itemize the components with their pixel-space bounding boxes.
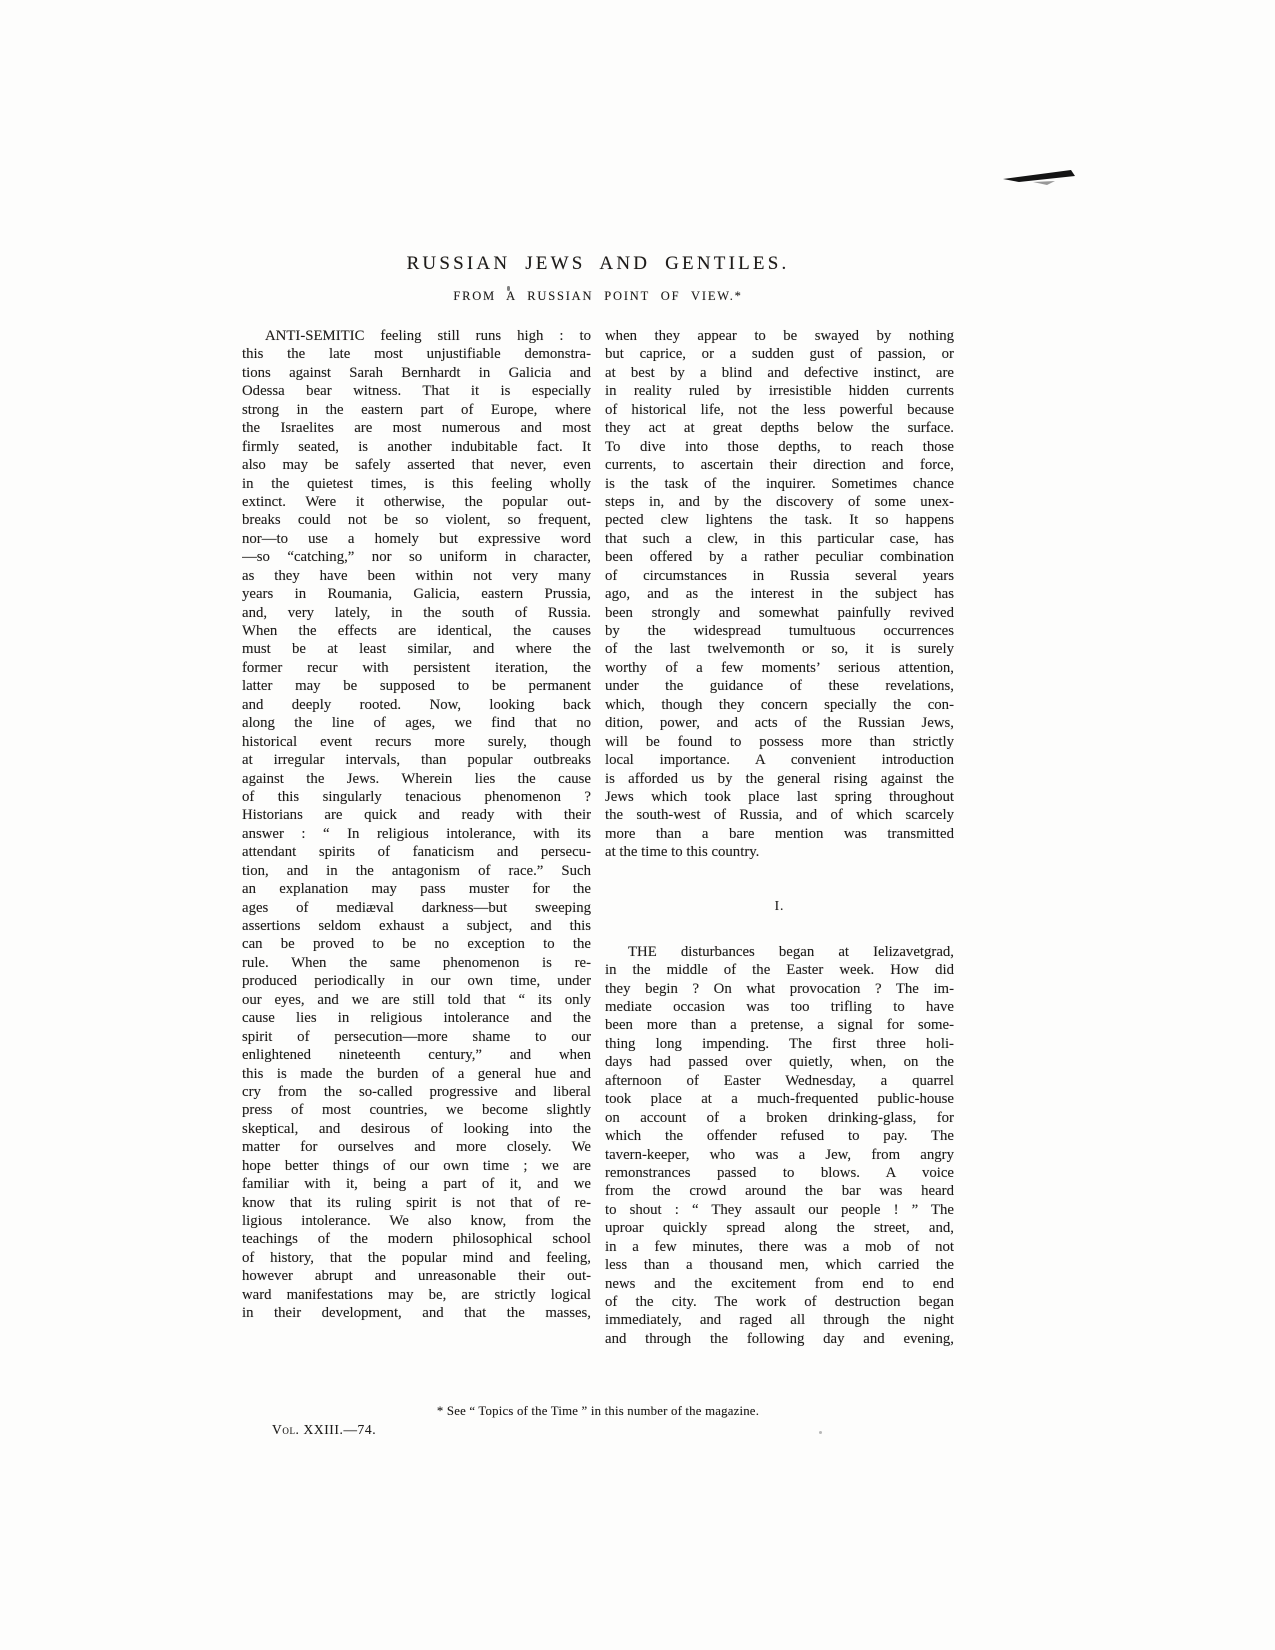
- text-line: of the last twelvemonth or so, it is sur…: [605, 640, 954, 658]
- text-line: of the city. The work of destruction beg…: [605, 1293, 954, 1311]
- text-line: hope better things of our own time ; we …: [242, 1157, 591, 1175]
- text-line: To dive into those depths, to reach thos…: [605, 438, 954, 456]
- text-line: less than a thousand men, which carried …: [605, 1256, 954, 1274]
- text-line: is the task of the inquirer. Sometimes c…: [605, 475, 954, 493]
- text-line: currents, to ascertain their direction a…: [605, 456, 954, 474]
- text-line: this is made the burden of a general hue…: [242, 1065, 591, 1083]
- scan-artifact-mark: [1003, 169, 1075, 189]
- text-line: will be found to possess more than stric…: [605, 733, 954, 751]
- text-line: at the time to this country.: [605, 843, 954, 861]
- text-line: of historical life, not the less powerfu…: [605, 401, 954, 419]
- text-line: at best by a blind and defective instinc…: [605, 364, 954, 382]
- section-heading: I.: [605, 898, 954, 914]
- text-line: they begin ? On what provocation ? The i…: [605, 980, 954, 998]
- text-line: When the effects are identical, the caus…: [242, 622, 591, 640]
- text-line: steps in, and by the discovery of some u…: [605, 493, 954, 511]
- article-subtitle: FROM A RUSSIAN POINT OF VIEW.*: [242, 289, 954, 304]
- text-line: former recur with persistent iteration, …: [242, 659, 591, 677]
- two-column-text-block: ANTI-SEMITIC feeling still runs high : t…: [242, 327, 954, 1348]
- text-line: uproar quickly spread along the street, …: [605, 1219, 954, 1237]
- text-line: THE disturbances began at Ielizavetgrad,: [605, 943, 954, 961]
- text-line: local importance. A convenient introduct…: [605, 751, 954, 769]
- text-line: ages of mediæval darkness—but sweeping: [242, 899, 591, 917]
- text-line: to shout : “ They assault our people ! ”…: [605, 1201, 954, 1219]
- text-line: can be proved to be no exception to the: [242, 935, 591, 953]
- text-line: been offered by a rather peculiar combin…: [605, 548, 954, 566]
- text-line: Odessa bear witness. That it is especial…: [242, 382, 591, 400]
- text-line: thing long impending. The first three ho…: [605, 1035, 954, 1053]
- text-line: news and the excitement from end to end: [605, 1275, 954, 1293]
- text-line: ward manifestations may be, are strictly…: [242, 1286, 591, 1304]
- text-line: of this singularly tenacious phenomenon …: [242, 788, 591, 806]
- text-line: skeptical, and desirous of looking into …: [242, 1120, 591, 1138]
- text-line: years in Roumania, Galicia, eastern Prus…: [242, 585, 591, 603]
- text-line: worthy of a few moments’ serious attenti…: [605, 659, 954, 677]
- text-line: took place at a much-frequented public-h…: [605, 1090, 954, 1108]
- text-line: also may be safely asserted that never, …: [242, 456, 591, 474]
- text-line: by the widespread tumultuous occurrences: [605, 622, 954, 640]
- text-line: and deeply rooted. Now, looking back: [242, 696, 591, 714]
- text-line: remonstrances passed to blows. A voice: [605, 1164, 954, 1182]
- text-line: ago, and as the interest in the subject …: [605, 585, 954, 603]
- text-line: spirit of persecution—more shame to our: [242, 1028, 591, 1046]
- text-line: in the quietest times, is this feeling w…: [242, 475, 591, 493]
- text-line: latter may be supposed to be permanent: [242, 677, 591, 695]
- text-line: must be at least similar, and where the: [242, 640, 591, 658]
- text-line: strong in the eastern part of Europe, wh…: [242, 401, 591, 419]
- text-line: on account of a broken drinking-glass, f…: [605, 1109, 954, 1127]
- text-line: extinct. Were it otherwise, the popular …: [242, 493, 591, 511]
- text-line: enlightened nineteenth century,” and whe…: [242, 1046, 591, 1064]
- text-line: firmly seated, is another indubitable fa…: [242, 438, 591, 456]
- text-line: in their development, and that the masse…: [242, 1304, 591, 1322]
- text-line: historical event recurs more surely, tho…: [242, 733, 591, 751]
- text-line: breaks could not be so violent, so frequ…: [242, 511, 591, 529]
- right-column-paragraph-1: when they appear to be swayed by nothing…: [605, 327, 954, 862]
- text-line: the Israelites are most numerous and mos…: [242, 419, 591, 437]
- text-line: along the line of ages, we find that no: [242, 714, 591, 732]
- right-column-paragraph-2: THE disturbances began at Ielizavetgrad,…: [605, 943, 954, 1349]
- text-line: but caprice, or a sudden gust of passion…: [605, 345, 954, 363]
- article-title: RUSSIAN JEWS AND GENTILES.: [242, 253, 954, 275]
- text-line: which, though they concern specially the…: [605, 696, 954, 714]
- article: RUSSIAN JEWS AND GENTILES. FROM A RUSSIA…: [242, 253, 954, 1438]
- text-line: of history, that the popular mind and fe…: [242, 1249, 591, 1267]
- text-line: however abrupt and unreasonable their ou…: [242, 1267, 591, 1285]
- text-line: pected clew lightens the task. It so hap…: [605, 511, 954, 529]
- text-line: which the offender refused to pay. The: [605, 1127, 954, 1145]
- text-line: days had passed over quietly, when, on t…: [605, 1053, 954, 1071]
- text-line: under the guidance of these revelations,: [605, 677, 954, 695]
- text-line: tion, and in the antagonism of race.” Su…: [242, 862, 591, 880]
- text-line: matter for ourselves and more closely. W…: [242, 1138, 591, 1156]
- text-line: this the late most unjustifiable demonst…: [242, 345, 591, 363]
- text-line: when they appear to be swayed by nothing: [605, 327, 954, 345]
- text-line: familiar with it, being a part of it, an…: [242, 1175, 591, 1193]
- text-line: more than a bare mention was transmitted: [605, 825, 954, 843]
- text-line: and, very lately, in the south of Russia…: [242, 604, 591, 622]
- text-line: cause lies in religious intolerance and …: [242, 1009, 591, 1027]
- text-line: in a few minutes, there was a mob of not: [605, 1238, 954, 1256]
- text-line: an explanation may pass muster for the: [242, 880, 591, 898]
- text-line: of circumstances in Russia several years: [605, 567, 954, 585]
- right-column: when they appear to be swayed by nothing…: [605, 327, 954, 1348]
- text-line: is afforded us by the general rising aga…: [605, 770, 954, 788]
- text-line: and through the following day and evenin…: [605, 1330, 954, 1348]
- text-line: from the crowd around the bar was heard: [605, 1182, 954, 1200]
- text-line: immediately, and raged all through the n…: [605, 1311, 954, 1329]
- text-line: assertions seldom exhaust a subject, and…: [242, 917, 591, 935]
- text-line: nor—to use a homely but expressive word: [242, 530, 591, 548]
- text-line: produced periodically in our own time, u…: [242, 972, 591, 990]
- text-line: Jews which took place last spring throug…: [605, 788, 954, 806]
- text-line: cry from the so-called progressive and l…: [242, 1083, 591, 1101]
- footnote: * See “ Topics of the Time ” in this num…: [242, 1404, 954, 1419]
- text-line: against the Jews. Wherein lies the cause: [242, 770, 591, 788]
- volume-number: Vol. XXIII.—74.: [242, 1422, 954, 1438]
- text-line: the south-west of Russia, and of which s…: [605, 806, 954, 824]
- scanned-magazine-page: RUSSIAN JEWS AND GENTILES. FROM A RUSSIA…: [0, 0, 1275, 1650]
- text-line: tions against Sarah Bernhardt in Galicia…: [242, 364, 591, 382]
- text-line: our eyes, and we are still told that “ i…: [242, 991, 591, 1009]
- text-line: they act at great depths below the surfa…: [605, 419, 954, 437]
- text-line: dition, power, and acts of the Russian J…: [605, 714, 954, 732]
- text-line: in reality ruled by irresistible hidden …: [605, 382, 954, 400]
- text-line: ANTI-SEMITIC feeling still runs high : t…: [242, 327, 591, 345]
- text-line: as they have been within not very many: [242, 567, 591, 585]
- text-line: rule. When the same phenomenon is re-: [242, 954, 591, 972]
- text-line: attendant spirits of fanaticism and pers…: [242, 843, 591, 861]
- text-line: in the middle of the Easter week. How di…: [605, 961, 954, 979]
- text-line: teachings of the modern philosophical sc…: [242, 1230, 591, 1248]
- text-line: afternoon of Easter Wednesday, a quarrel: [605, 1072, 954, 1090]
- text-line: that such a clew, in this particular cas…: [605, 530, 954, 548]
- text-line: mediate occasion was too trifling to hav…: [605, 998, 954, 1016]
- text-line: ligious intolerance. We also know, from …: [242, 1212, 591, 1230]
- left-column: ANTI-SEMITIC feeling still runs high : t…: [242, 327, 591, 1348]
- text-line: Historians are quick and ready with thei…: [242, 806, 591, 824]
- text-line: been strongly and somewhat painfully rev…: [605, 604, 954, 622]
- text-line: answer : “ In religious intolerance, wit…: [242, 825, 591, 843]
- text-line: tavern-keeper, who was a Jew, from angry: [605, 1146, 954, 1164]
- text-line: at irregular intervals, than popular out…: [242, 751, 591, 769]
- text-line: press of most countries, we become sligh…: [242, 1101, 591, 1119]
- text-line: been more than a pretense, a signal for …: [605, 1016, 954, 1034]
- text-line: know that its ruling spirit is not that …: [242, 1194, 591, 1212]
- text-line: —so “catching,” nor so uniform in charac…: [242, 548, 591, 566]
